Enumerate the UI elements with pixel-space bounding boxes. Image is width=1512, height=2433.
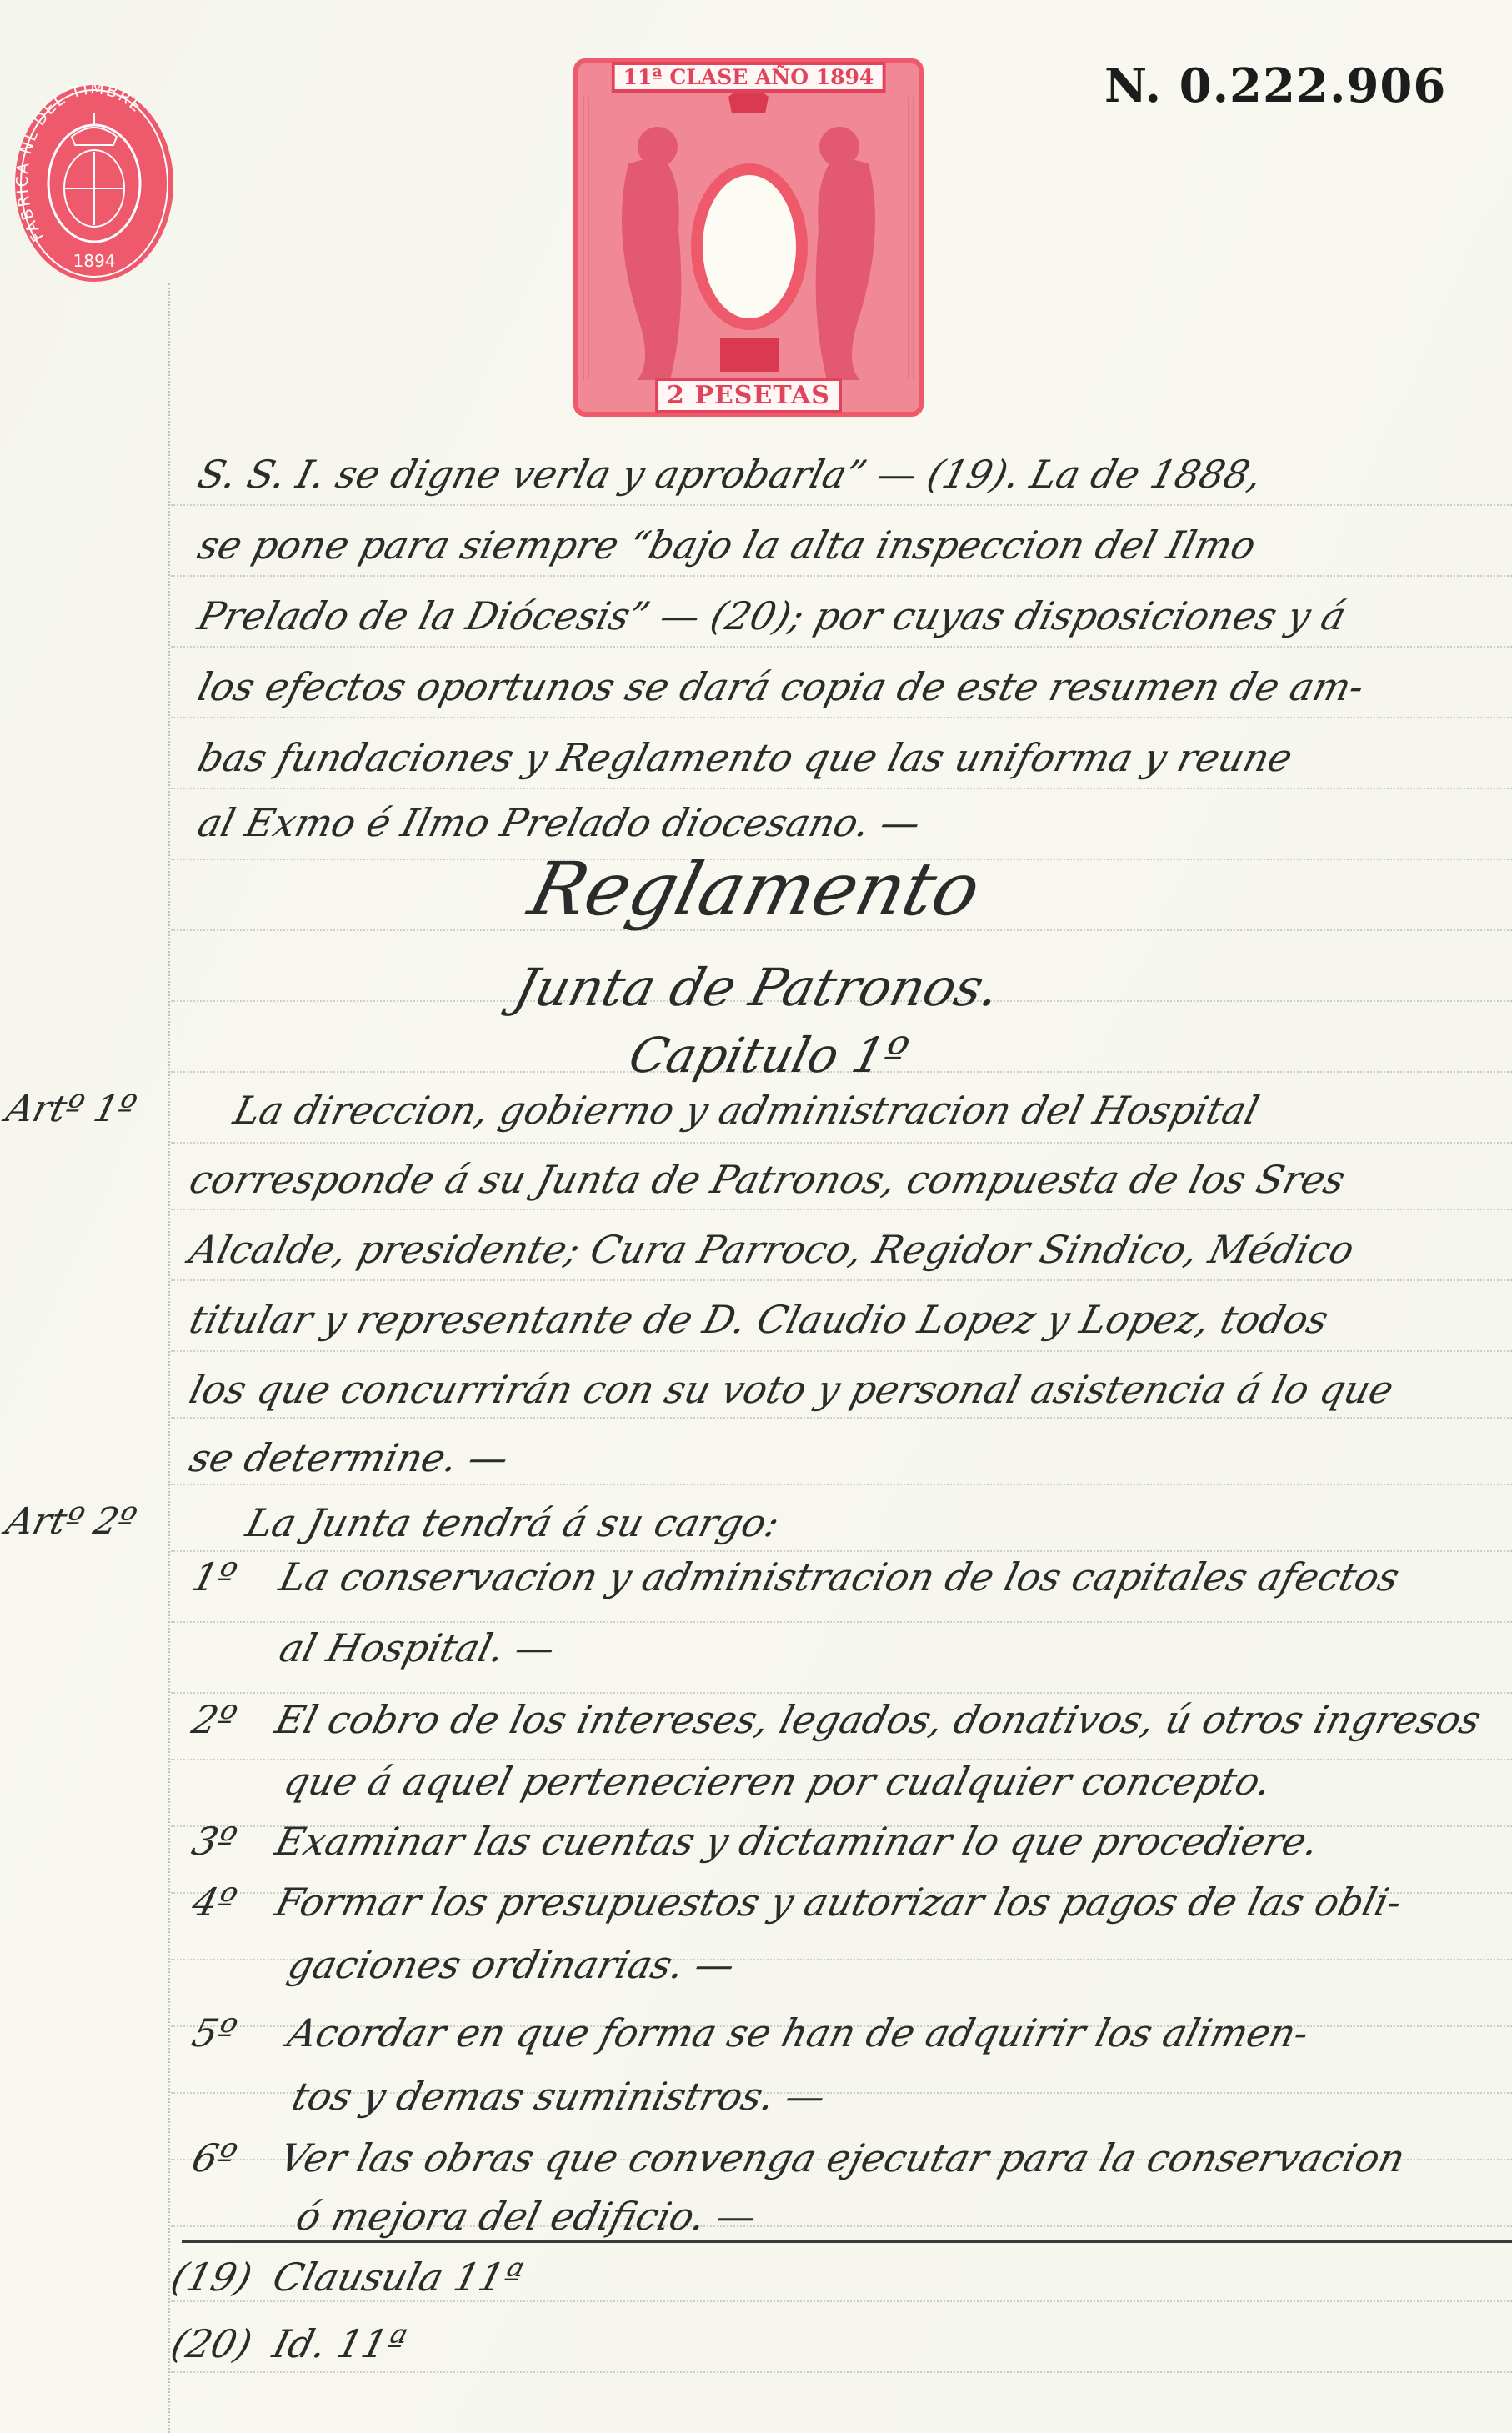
document-title: Reglamento bbox=[521, 846, 989, 932]
item-line: que á aquel pertenecieren por cualquier … bbox=[279, 1759, 1276, 1804]
footnote-text: Clausula 11ª bbox=[268, 2255, 528, 2300]
ruled-line bbox=[171, 1142, 1512, 1144]
footnote-separator bbox=[182, 2240, 1512, 2243]
document-subtitle: Junta de Patronos. bbox=[508, 957, 1006, 1018]
ruled-line bbox=[171, 646, 1512, 648]
ruled-line bbox=[171, 504, 1512, 506]
ruled-line bbox=[171, 1350, 1512, 1352]
item-line: tos y demas suministros. — bbox=[288, 2074, 830, 2119]
ruled-line bbox=[171, 1417, 1512, 1419]
article-line: corresponde á su Junta de Patronos, comp… bbox=[185, 1157, 1350, 1202]
ruled-line bbox=[171, 1621, 1512, 1623]
ruled-line bbox=[171, 1692, 1512, 1694]
item-line: Ver las obras que convenga ejecutar para… bbox=[275, 2135, 1409, 2180]
article-line: titular y representante de D. Claudio Lo… bbox=[185, 1297, 1333, 1342]
ruled-line bbox=[171, 788, 1512, 789]
stamp-oval-frame bbox=[691, 163, 808, 330]
item-line: Examinar las cuentas y dictaminar lo que… bbox=[271, 1819, 1324, 1864]
article-line: los que concurrirán con su voto y person… bbox=[185, 1367, 1398, 1412]
item-line: al Hospital. — bbox=[275, 1625, 560, 1670]
margin-line bbox=[168, 283, 170, 2433]
item-line: ó mejora del edificio. — bbox=[292, 2194, 761, 2239]
ruled-line bbox=[171, 2300, 1512, 2302]
footnote-ref: (19) bbox=[167, 2255, 257, 2300]
footnote-ref: (20) bbox=[167, 2321, 257, 2366]
item-line: Formar los presupuestos y autorizar los … bbox=[271, 1880, 1406, 1925]
article-label: Artº 1º bbox=[2, 1088, 141, 1130]
article-label: Artº 2º bbox=[2, 1500, 141, 1543]
footnote-text: Id. 11ª bbox=[268, 2321, 411, 2366]
seal-year: 1894 bbox=[73, 251, 116, 271]
chapter-heading: Capitulo 1º bbox=[623, 1027, 914, 1084]
ruled-line bbox=[171, 1209, 1512, 1210]
embossed-seal: FABRICA NL DEL TIMBRE 1894 bbox=[15, 85, 173, 282]
seal-arc-text: FABRICA NL DEL TIMBRE bbox=[15, 85, 146, 245]
intro-line: los efectos oportunos se dará copia de e… bbox=[193, 664, 1369, 709]
serial-number: N. 0.222.906 bbox=[1104, 58, 1446, 113]
item-line: El cobro de los intereses, legados, dona… bbox=[271, 1697, 1485, 1742]
ruled-line bbox=[171, 575, 1512, 577]
ruled-line bbox=[171, 1484, 1512, 1485]
article-line: La Junta tendrá á su cargo: bbox=[242, 1500, 784, 1545]
svg-text:FABRICA NL DEL TIMBRE: FABRICA NL DEL TIMBRE bbox=[15, 85, 146, 245]
intro-line: al Exmo é Ilmo Prelado diocesano. — bbox=[193, 800, 925, 845]
intro-line: bas fundaciones y Reglamento que las uni… bbox=[193, 735, 1297, 780]
intro-line: Prelado de la Diócesis” — (20); por cuya… bbox=[193, 593, 1350, 638]
item-line: gaciones ordinarias. — bbox=[283, 1942, 739, 1987]
article-line: La direccion, gobierno y administracion … bbox=[229, 1088, 1264, 1133]
ruled-line bbox=[171, 1550, 1512, 1552]
intro-line: se pone para siempre “bajo la alta inspe… bbox=[193, 523, 1260, 568]
ruled-line bbox=[171, 2371, 1512, 2373]
stamp-value: 2 PESETAS bbox=[655, 378, 842, 413]
tax-stamp: 11ª CLASE AÑO 1894 2 PESETAS bbox=[573, 58, 924, 417]
ruled-line bbox=[171, 1279, 1512, 1281]
intro-line: S. S. I. se digne verla y aprobarla” — (… bbox=[193, 452, 1267, 497]
article-line: Alcalde, presidente; Cura Parroco, Regid… bbox=[185, 1227, 1359, 1272]
stamp-class-year: 11ª CLASE AÑO 1894 bbox=[612, 62, 886, 93]
article-line: se determine. — bbox=[185, 1435, 513, 1480]
item-line: La conservacion y administracion de los … bbox=[275, 1554, 1404, 1599]
item-line: Acordar en que forma se han de adquirir … bbox=[283, 2010, 1314, 2055]
ruled-line bbox=[171, 717, 1512, 718]
